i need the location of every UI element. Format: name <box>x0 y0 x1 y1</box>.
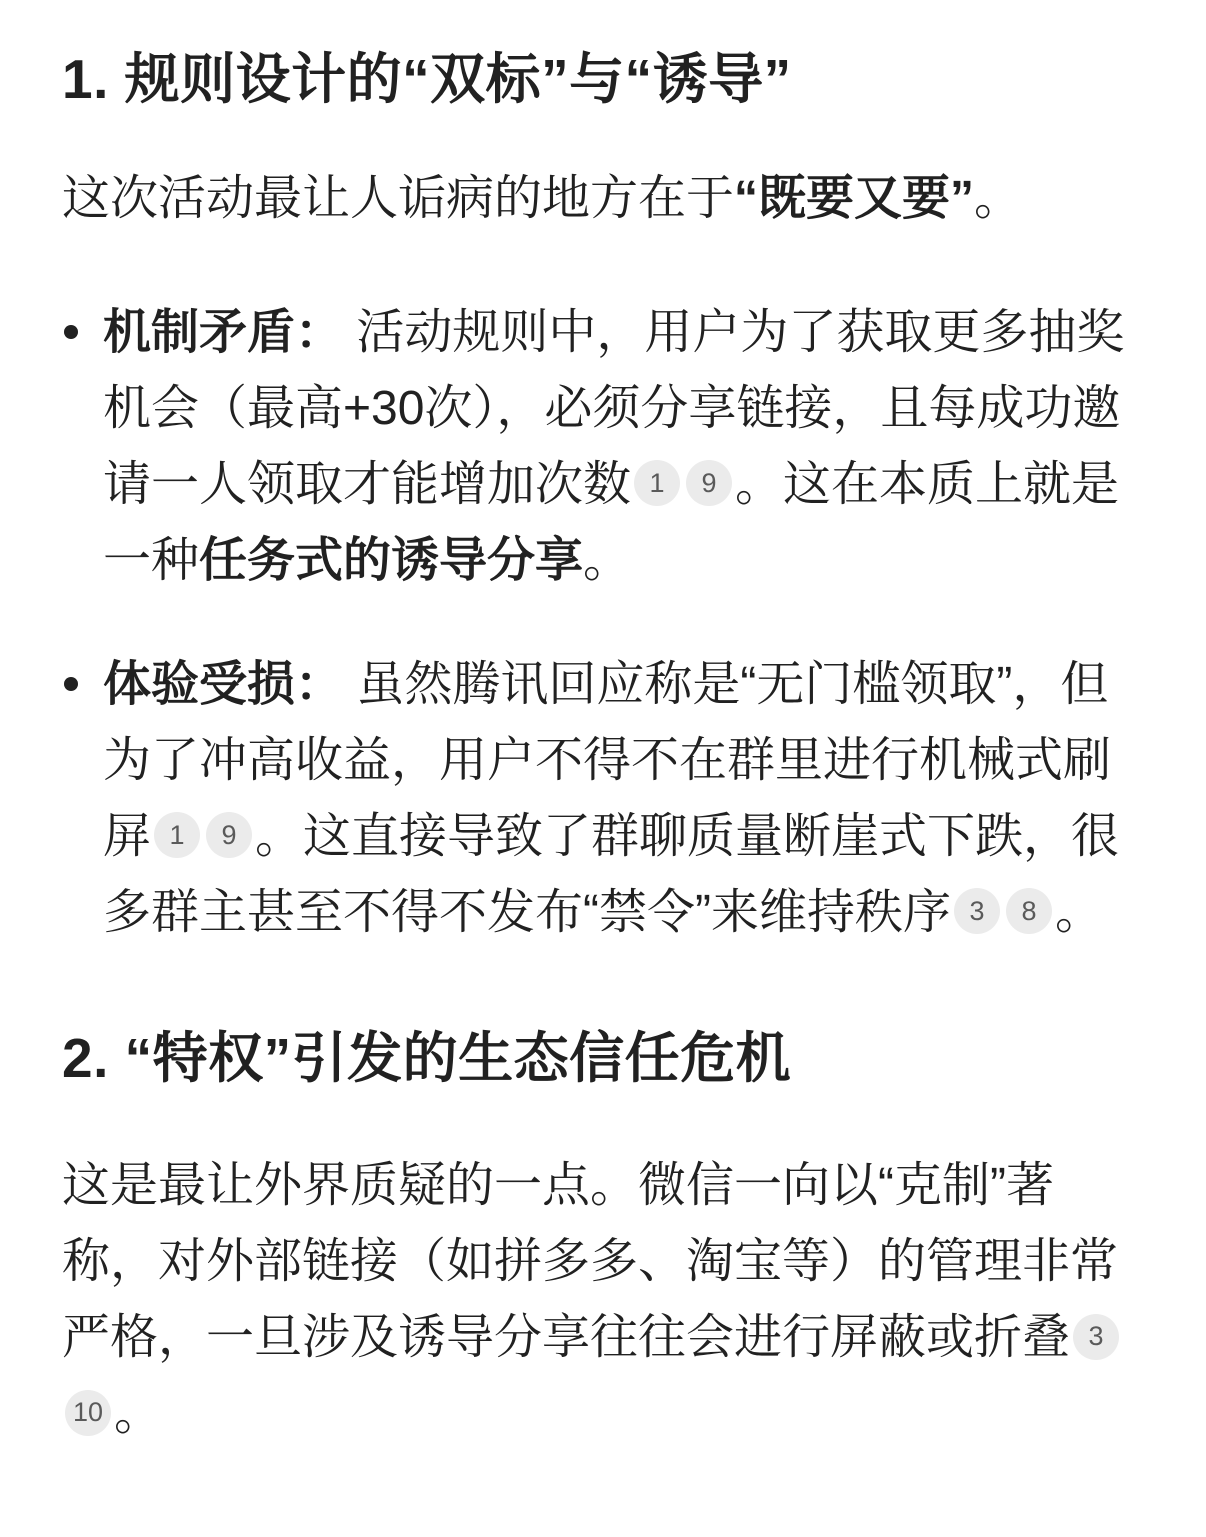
bullet-dot-icon <box>64 677 78 691</box>
page: { "page": { "background": "#ffffff", "te… <box>0 0 1206 1537</box>
text-segment-bold: 体验受损： <box>103 658 343 711</box>
text-segment-bold: “既要又要” <box>734 172 974 225</box>
citation-badge[interactable]: 10 <box>65 1390 111 1436</box>
bullet-experience-damage: 体验受损： 虽然腾讯回应称是“无门槛领取”，但为了冲高收益，用户不得不在群里进行… <box>62 647 1144 951</box>
citation-badge[interactable]: 8 <box>1006 888 1052 934</box>
document-body: 1. 规则设计的“双标”与“诱导”这次活动最让人诟病的地方在于“既要又要”。机制… <box>0 0 1206 1452</box>
citation-badge[interactable]: 9 <box>686 460 732 506</box>
text-segment: 这是最让外界质疑的一点。微信一向以“克制”著称，对外部链接（如拼多多、淘宝等）的… <box>62 1159 1118 1364</box>
intro-paragraph-1: 这次活动最让人诟病的地方在于“既要又要”。 <box>62 161 1144 237</box>
section-heading-1: 1. 规则设计的“双标”与“诱导” <box>62 46 1144 113</box>
citation-badge[interactable]: 9 <box>206 812 252 858</box>
text-segment: 。 <box>114 1387 162 1440</box>
bullet-dot-icon <box>64 325 78 339</box>
text-segment: 。 <box>1055 886 1103 939</box>
text-segment: 。 <box>974 172 1022 225</box>
text-segment-bold: 任务式的诱导分享 <box>199 534 583 587</box>
text-segment-bold: 机制矛盾： <box>103 306 343 359</box>
text-segment: 这次活动最让人诟病的地方在于 <box>62 172 734 225</box>
citation-badge[interactable]: 3 <box>1073 1314 1119 1360</box>
text-segment: 。 <box>583 534 631 587</box>
bullet-content: 机制矛盾： 活动规则中，用户为了获取更多抽奖机会（最高+30次），必须分享链接，… <box>103 295 1144 599</box>
intro-paragraph-2: 这是最让外界质疑的一点。微信一向以“克制”著称，对外部链接（如拼多多、淘宝等）的… <box>62 1148 1144 1452</box>
section-heading-2: 2. “特权”引发的生态信任危机 <box>62 1025 1144 1092</box>
bullet-marker <box>62 647 103 691</box>
citation-badge[interactable]: 3 <box>954 888 1000 934</box>
citation-badge[interactable]: 1 <box>154 812 200 858</box>
bullet-content: 体验受损： 虽然腾讯回应称是“无门槛领取”，但为了冲高收益，用户不得不在群里进行… <box>103 647 1144 951</box>
issues-list: 机制矛盾： 活动规则中，用户为了获取更多抽奖机会（最高+30次），必须分享链接，… <box>62 295 1144 951</box>
bullet-mechanism-conflict: 机制矛盾： 活动规则中，用户为了获取更多抽奖机会（最高+30次），必须分享链接，… <box>62 295 1144 599</box>
citation-badge[interactable]: 1 <box>634 460 680 506</box>
bullet-marker <box>62 295 103 339</box>
